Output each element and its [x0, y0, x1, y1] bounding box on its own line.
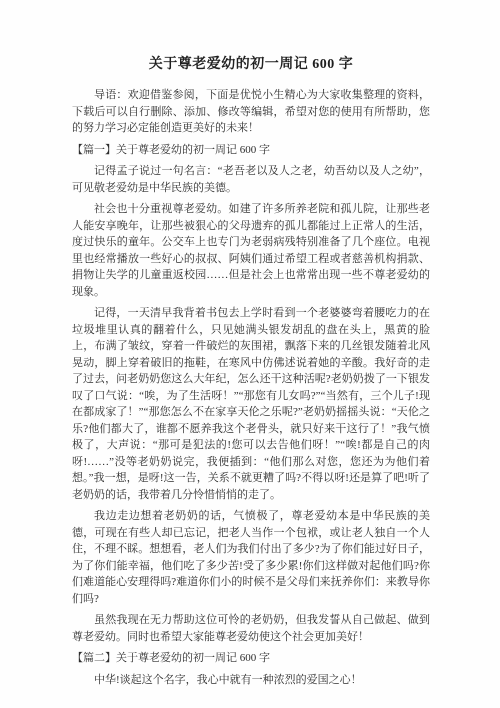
intro-paragraph: 导语：欢迎借鉴参阅，下面是优悦小生精心为大家收集整理的资料，下载后可以自行删除、… — [72, 87, 430, 137]
document-page: 关于尊老爱幼的初一周记 600 字 导语：欢迎借鉴参阅，下面是优悦小生精心为大家… — [0, 0, 500, 708]
body-paragraph: 社会也十分重视尊老爱幼。如建了许多所养老院和孤儿院，让那些老人能安享晚年，让那些… — [72, 201, 430, 300]
body-paragraph: 虽然我现在无力帮助这位可怜的老奶奶，但我发誓从自己做起、做到尊老爱幼。同时也希望… — [72, 612, 430, 645]
body-paragraph: 记得孟子说过一句名言：“老吾老以及人之老，幼吾幼以及人之幼”，可见敬老爱幼是中华… — [72, 163, 430, 196]
section-heading-2: 【篇二】关于尊老爱幼的初一周记 600 字 — [72, 650, 430, 667]
section-heading-1: 【篇一】关于尊老爱幼的初一周记 600 字 — [72, 142, 430, 159]
body-paragraph: 我边走边想着老奶奶的话，气愤极了，尊老爱幼本是中华民族的美德，可现在有些人却已忘… — [72, 508, 430, 607]
document-body: 关于尊老爱幼的初一周记 600 字 导语：欢迎借鉴参阅，下面是优悦小生精心为大家… — [0, 0, 500, 688]
body-paragraph: 记得，一天清早我背着书包去上学时看到一个老婆婆弯着腰吃力的在垃圾堆里认真的翻着什… — [72, 305, 430, 503]
doc-title: 关于尊老爱幼的初一周记 600 字 — [72, 54, 430, 76]
body-paragraph: 中华!谈起这个名字，我心中就有一种浓烈的爱国之心！ — [72, 672, 430, 689]
